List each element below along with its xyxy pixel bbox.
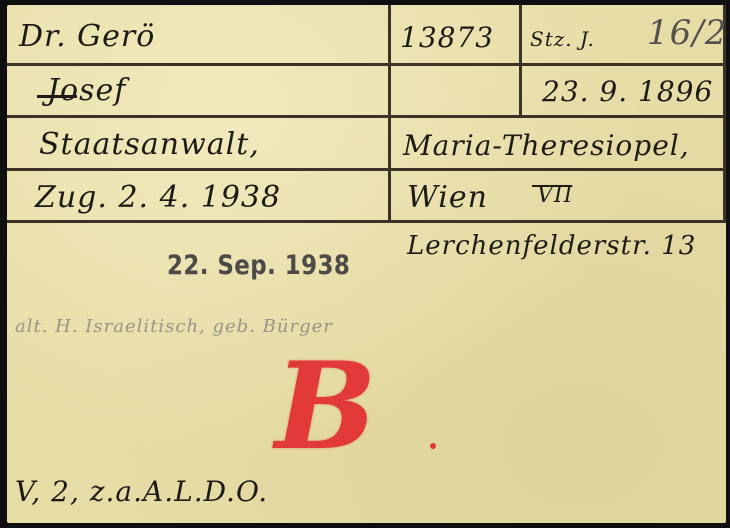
red-dot-mark [430, 443, 436, 449]
given-name-strike [37, 95, 77, 98]
card-number-field: 13873 [400, 21, 494, 54]
footer-note: V, 2, z.a.A.L.D.O. [15, 475, 268, 508]
file-reference-field: 16/2 [647, 13, 727, 53]
index-card: Dr. Gerö 13873 Stz. J. 16/2 Josef 23. 9.… [7, 5, 726, 523]
entry-date-field: Zug. 2. 4. 1938 [35, 180, 281, 215]
pencil-note: alt. H. Israelitisch, geb. Bürger [15, 316, 333, 337]
district-overline [532, 185, 572, 187]
row-divider-3 [7, 168, 726, 171]
given-name-field: Josef [47, 73, 126, 108]
row-divider-2 [7, 115, 726, 118]
date-stamp: 22. Sep. 1938 [167, 250, 350, 281]
stz-label: Stz. J. [530, 27, 595, 51]
row-divider-4 [7, 220, 726, 223]
red-b-mark: B [275, 347, 376, 467]
row-divider-1 [7, 63, 726, 66]
birth-date-field: 23. 9. 1896 [542, 75, 713, 108]
street-field: Lerchenfelderstr. 13 [407, 231, 696, 261]
birthplace-field: Maria-Theresiopel, [403, 129, 690, 162]
occupation-field: Staatsanwalt, [39, 127, 260, 162]
surname-field: Dr. Gerö [19, 19, 155, 54]
column-divider-2 [519, 5, 522, 118]
column-divider-1 [388, 5, 391, 223]
city-field: Wien [407, 180, 488, 215]
